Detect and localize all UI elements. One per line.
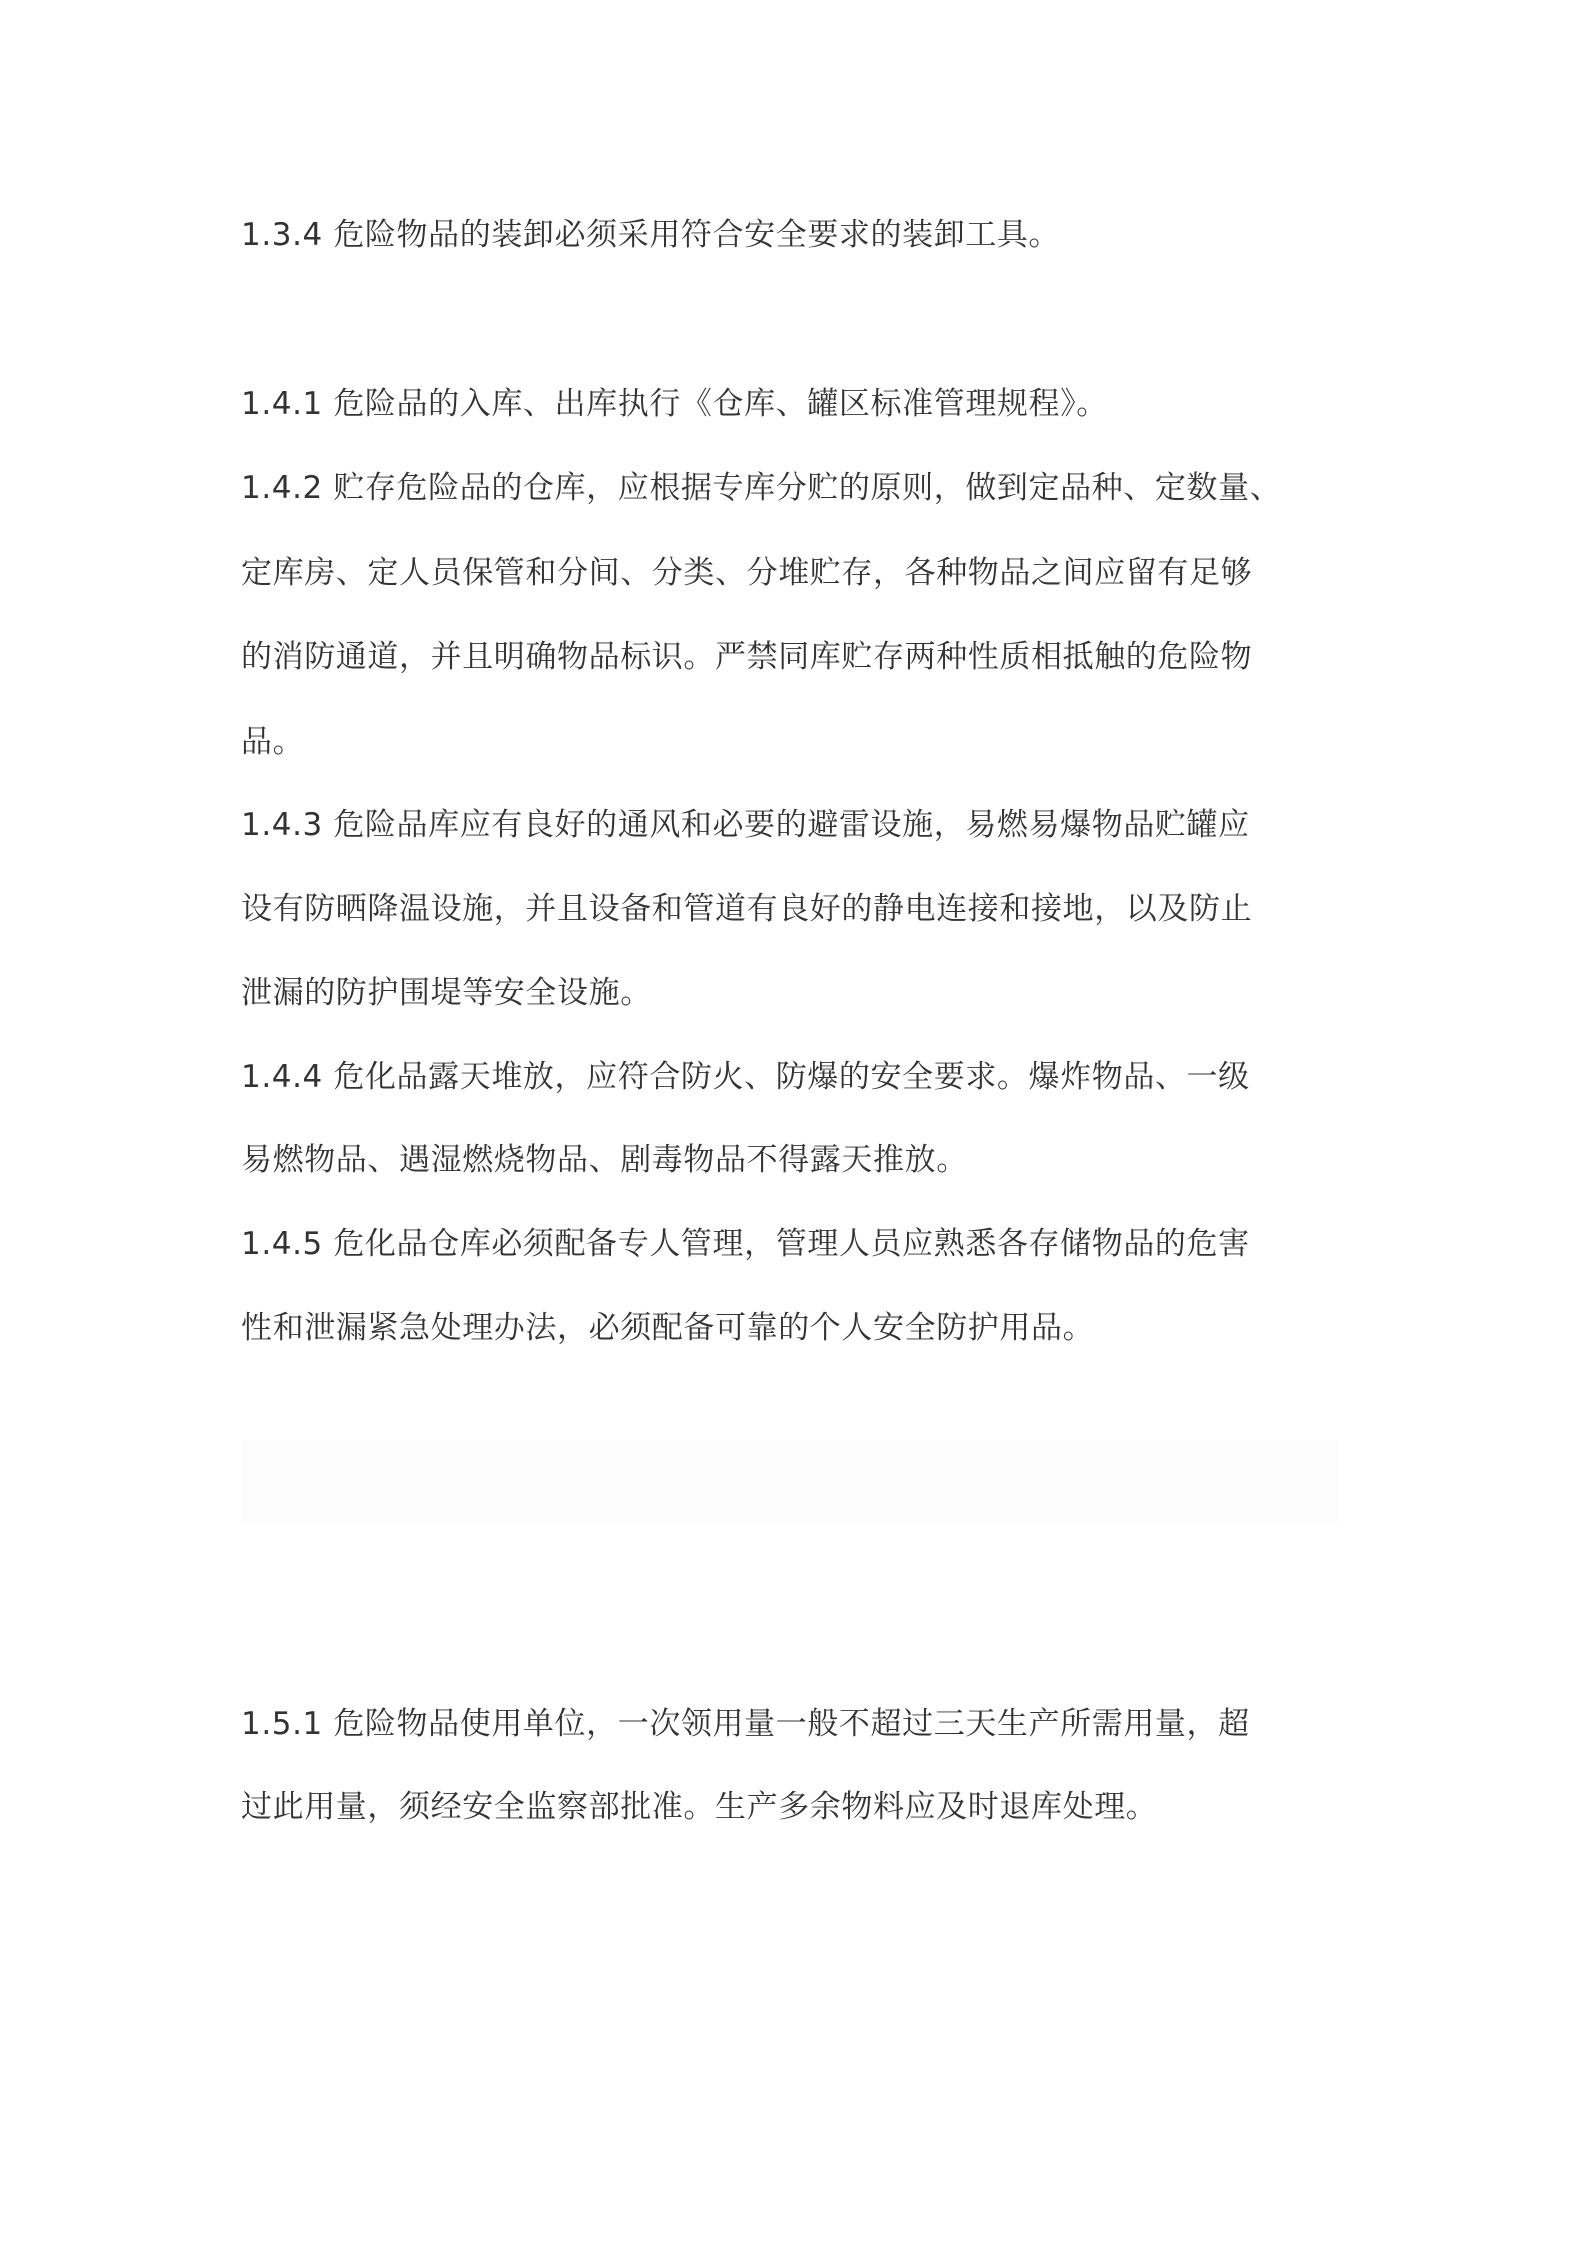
paragraph-1-4-3-line-3: 泄漏的防护围堤等安全设施。 xyxy=(241,973,1351,1013)
paragraph-1-4-3-line-2: 设有防晒降温设施，并且设备和管道有良好的静电连接和接地，以及防止 xyxy=(241,889,1351,929)
paragraph-1-4-2-line-4: 品。 xyxy=(241,722,1351,762)
paragraph-1-4-4-line-1: 1.4.4 危化品露天堆放，应符合防火、防爆的安全要求。爆炸物品、一级 xyxy=(241,1057,1351,1097)
paragraph-1-4-2-line-2: 定库房、定人员保管和分间、分类、分堆贮存，各种物品之间应留有足够 xyxy=(241,553,1351,593)
paragraph-1-5-1-line-2: 过此用量，须经安全监察部批准。生产多余物料应及时退库处理。 xyxy=(241,1787,1351,1827)
paragraph-1-4-1-line-1: 1.4.1 危险品的入库、出库执行《仓库、罐区标准管理规程》。 xyxy=(241,384,1351,424)
document-page: 1.3.4 危险物品的装卸必须采用符合安全要求的装卸工具。 1.4.1 危险品的… xyxy=(0,0,1587,2245)
paragraph-1-4-3-line-1: 1.4.3 危险品库应有良好的通风和必要的避雷设施，易燃易爆物品贮罐应 xyxy=(241,805,1351,845)
paragraph-1-3-4-line-1: 1.3.4 危险物品的装卸必须采用符合安全要求的装卸工具。 xyxy=(241,215,1351,255)
faint-background-band xyxy=(241,1440,1339,1524)
paragraph-1-5-1-line-1: 1.5.1 危险物品使用单位，一次领用量一般不超过三天生产所需用量，超 xyxy=(241,1704,1351,1744)
paragraph-1-4-2-line-1: 1.4.2 贮存危险品的仓库，应根据专库分贮的原则，做到定品种、定数量、 xyxy=(241,468,1351,508)
paragraph-1-4-5-line-2: 性和泄漏紧急处理办法，必须配备可靠的个人安全防护用品。 xyxy=(241,1308,1351,1348)
paragraph-1-4-2-line-3: 的消防通道，并且明确物品标识。严禁同库贮存两种性质相抵触的危险物 xyxy=(241,637,1351,677)
paragraph-1-4-5-line-1: 1.4.5 危化品仓库必须配备专人管理，管理人员应熟悉各存储物品的危害 xyxy=(241,1224,1351,1264)
paragraph-1-4-4-line-2: 易燃物品、遇湿燃烧物品、剧毒物品不得露天推放。 xyxy=(241,1140,1351,1180)
